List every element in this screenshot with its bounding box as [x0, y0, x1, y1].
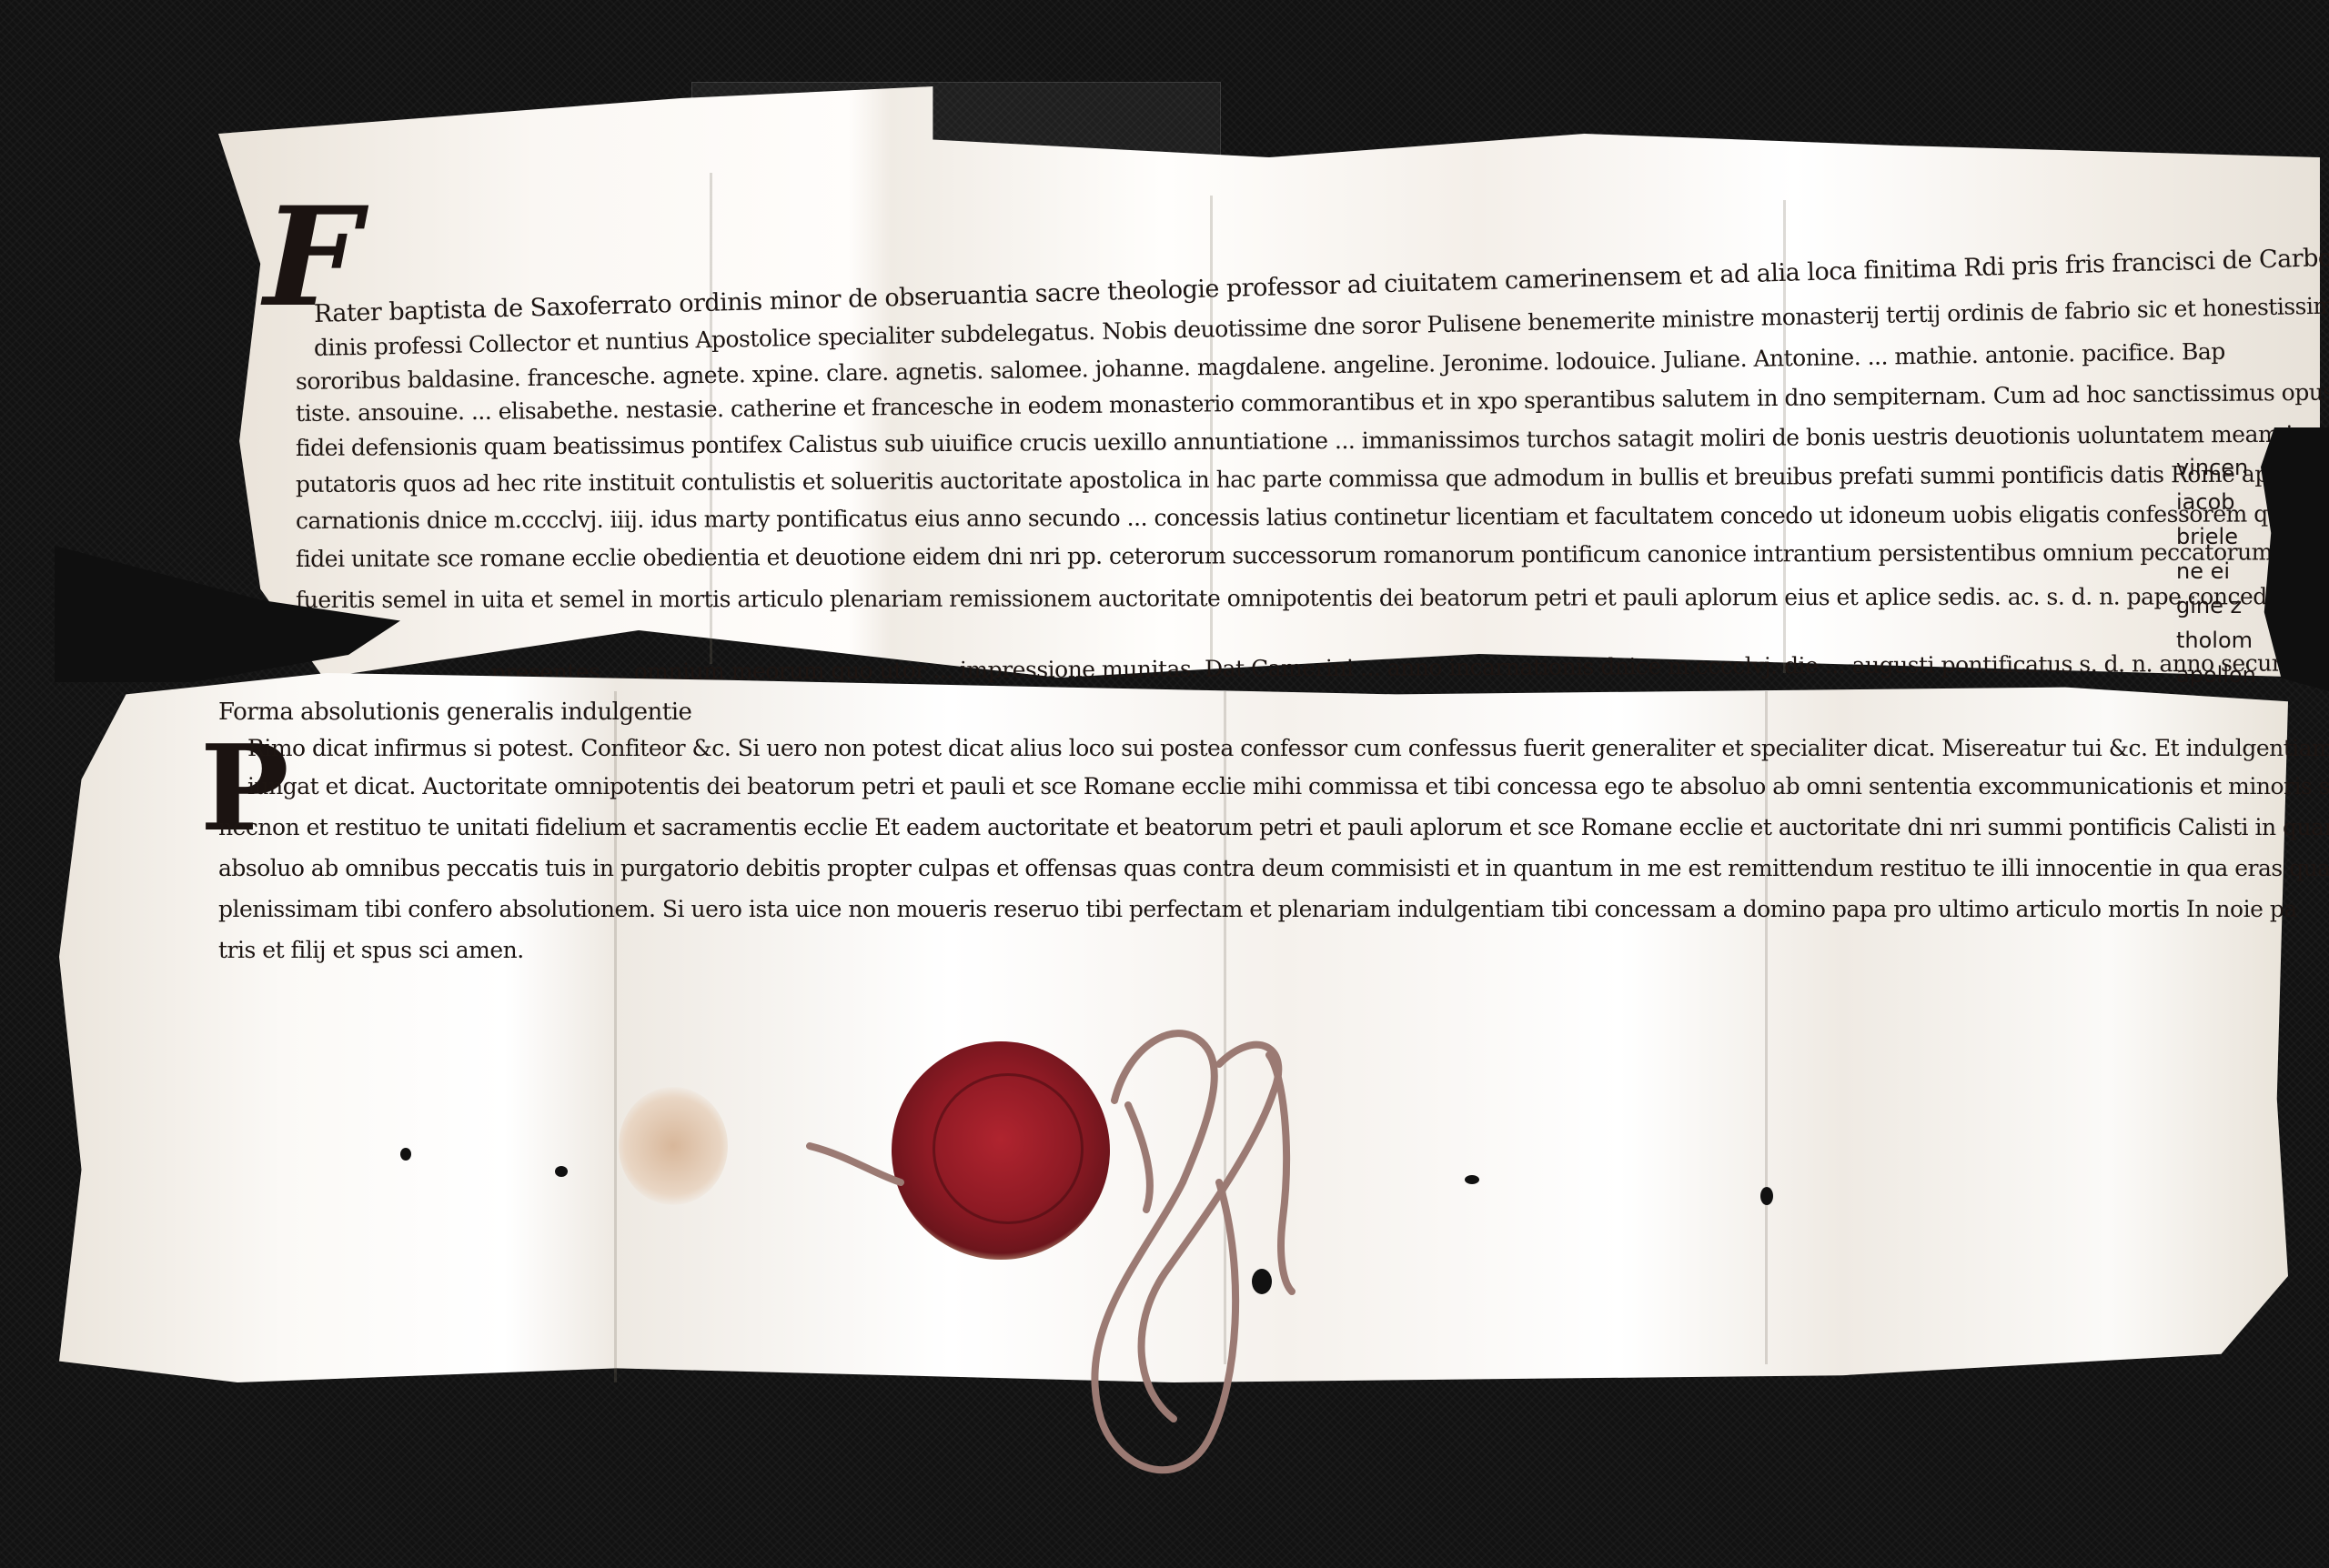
braided-cord: [0, 0, 2329, 1568]
